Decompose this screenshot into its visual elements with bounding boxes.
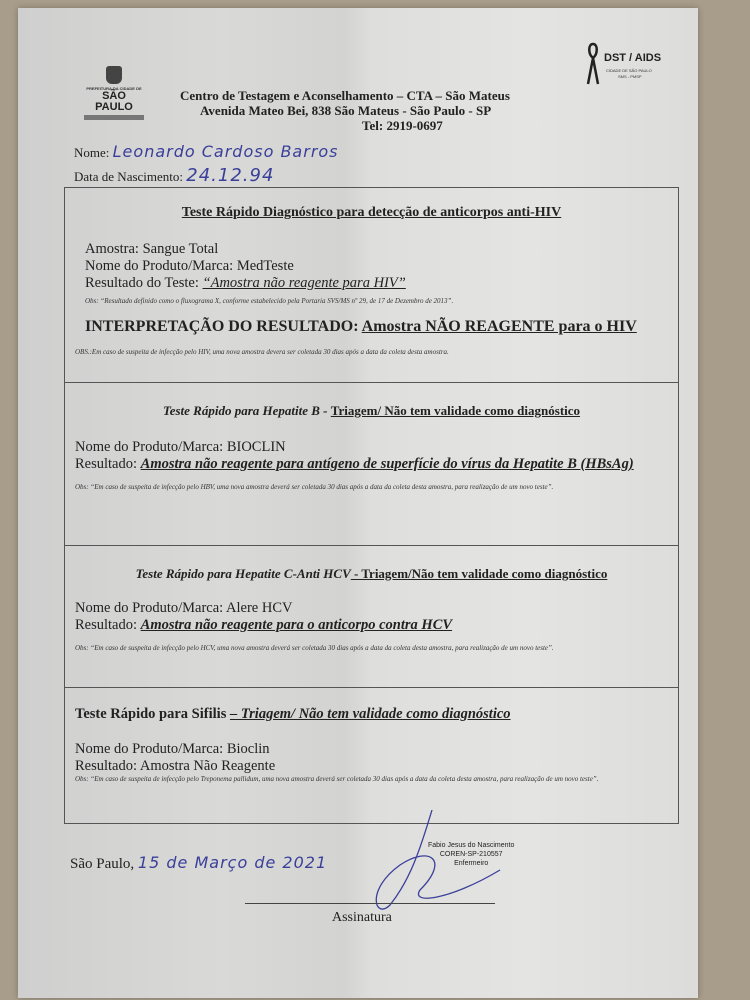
hepatitis-b-section: Teste Rápido para Hepatite B - Triagem/ … [64, 382, 679, 546]
patient-name-field: Nome: Leonardo Cardoso Barros [74, 142, 339, 161]
hiv-title: Teste Rápido Diagnóstico para detecção d… [65, 205, 678, 221]
hepb-result-label: Resultado: [75, 456, 137, 472]
dst-aids-subtitle-2: SMS - PMSP [618, 74, 642, 79]
nurse-stamp: Fabio Jesus do Nascimento COREN-SP-21055… [428, 841, 514, 868]
hepb-result-value: Amostra não reagente para antígeno de su… [141, 456, 634, 472]
syphilis-section: Teste Rápido para Sifilis – Triagem/ Não… [64, 687, 679, 824]
hepb-obs-note: Obs: “Em caso de suspeita de infecção pe… [75, 483, 666, 492]
hepatitis-c-section: Teste Rápido para Hepatite C-Anti HCV - … [64, 545, 679, 688]
hiv-result-value: “Amostra não reagente para HIV” [203, 275, 406, 291]
hepc-title: Teste Rápido para Hepatite C-Anti HCV [136, 566, 351, 581]
hiv-obs-note: Obs: “Resultado definido como o fluxogra… [85, 297, 678, 306]
hepb-triage-note: Triagem/ Não tem validade como diagnósti… [331, 403, 580, 418]
name-value: Leonardo Cardoso Barros [113, 142, 339, 161]
dob-label: Data de Nascimento: [74, 169, 183, 184]
signature-line [245, 903, 495, 904]
hiv-interpretation-label: INTERPRETAÇÃO DO RESULTADO: [85, 318, 359, 335]
city-crest-icon [106, 66, 122, 84]
date-value: 15 de Março de 2021 [138, 853, 327, 872]
hepb-title: Teste Rápido para Hepatite B - [163, 403, 331, 418]
hepc-obs-note: Obs: “Em caso de suspeita de infecção pe… [75, 644, 666, 653]
signature-label: Assinatura [332, 910, 392, 926]
logo-big-text: SÃO PAULO [84, 91, 144, 113]
hepc-result-label: Resultado: [75, 617, 137, 633]
hiv-sample: Amostra: Sangue Total [85, 241, 678, 258]
center-name: Centro de Testagem e Aconselhamento – CT… [180, 88, 510, 103]
dob-value: 24.12.94 [186, 165, 274, 186]
hepb-product: Nome do Produto/Marca: BIOCLIN [75, 439, 666, 456]
logo-bar [84, 115, 144, 120]
syphilis-result: Resultado: Amostra Não Reagente [75, 758, 666, 775]
dst-aids-title: DST / AIDS [604, 52, 661, 64]
hepc-product: Nome do Produto/Marca: Alere HCV [75, 600, 666, 617]
stamp-name: Fabio Jesus do Nascimento [428, 841, 514, 850]
center-header: Centro de Testagem e Aconselhamento – CT… [180, 88, 510, 133]
syphilis-triage-note: – Triagem/ Não tem validade como diagnós… [230, 706, 511, 722]
dst-aids-subtitle: CIDADE DE SÃO PAULO [606, 68, 652, 73]
stamp-coren: COREN-SP-210557 [428, 850, 514, 859]
patient-dob-field: Data de Nascimento: 24.12.94 [74, 165, 274, 186]
syphilis-title: Teste Rápido para Sifilis [75, 706, 230, 722]
awareness-ribbon-icon [586, 42, 600, 86]
hepc-triage-note: - Triagem/Não tem validade como diagnóst… [351, 566, 608, 581]
syphilis-product: Nome do Produto/Marca: Bioclin [75, 741, 666, 758]
center-address: Avenida Mateo Bei, 838 São Mateus - São … [200, 103, 510, 118]
syphilis-obs-note: Obs: “Em caso de suspeita de infecção pe… [75, 775, 666, 784]
hepc-result-value: Amostra não reagente para o anticorpo co… [141, 617, 452, 633]
hiv-obs-followup: OBS.:Em caso de suspeita de infecção pel… [65, 336, 678, 357]
place-date-field: São Paulo, 15 de Março de 2021 [70, 853, 327, 873]
name-label: Nome: [74, 145, 109, 160]
hiv-result-label: Resultado do Teste: [85, 275, 199, 291]
hiv-test-section: Teste Rápido Diagnóstico para detecção d… [64, 187, 679, 383]
place-label: São Paulo, [70, 856, 134, 872]
center-phone: Tel: 2919-0697 [362, 118, 510, 133]
stamp-role: Enfermeiro [428, 859, 514, 868]
sao-paulo-city-logo: PREFEITURA DA CIDADE DE SÃO PAULO [84, 66, 144, 120]
hiv-product: Nome do Produto/Marca: MedTeste [85, 258, 678, 275]
hiv-interpretation-value: Amostra NÃO REAGENTE para o HIV [362, 318, 637, 335]
